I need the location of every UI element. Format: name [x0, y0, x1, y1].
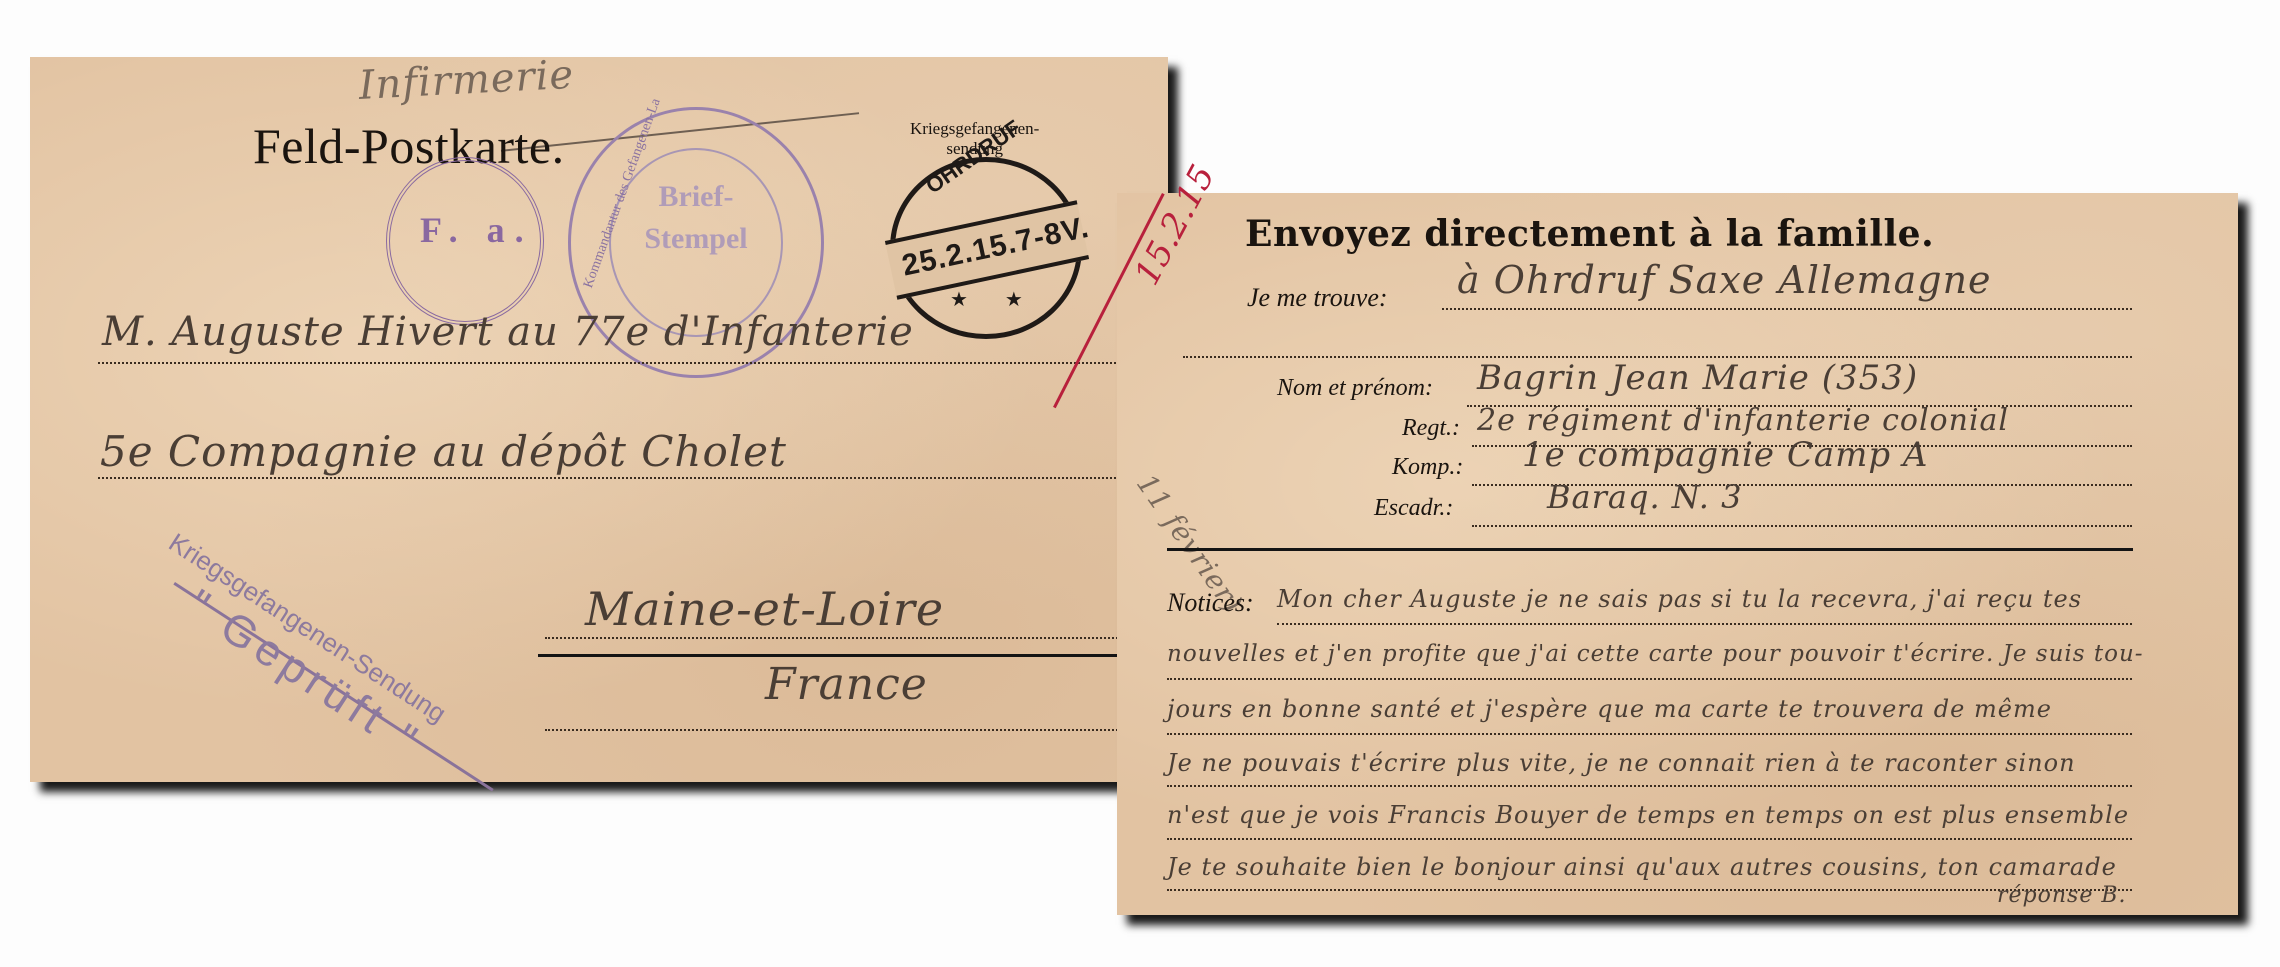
dotted-line-escadr	[1472, 525, 2132, 527]
field-value-escadr: Baraq. N. 3	[1547, 478, 1742, 516]
notice-dotted-line-1	[1277, 623, 2132, 625]
geprueft-diagonal-stamp: Kriegsgefangenen-Sendung " Geprüft "	[136, 527, 452, 771]
field-value-nom: Bagrin Jean Marie (353)	[1477, 358, 1918, 398]
postcard-back: 15.2.15 11 février) Envoyez directement …	[1117, 193, 2238, 915]
stamp-fa-text: F. a.	[420, 209, 534, 251]
field-value-komp: 1e compagnie Camp A	[1522, 435, 1928, 475]
field-label-regt: Regt.:	[1402, 415, 1460, 442]
postcard-title: Feld-Postkarte.	[253, 117, 565, 175]
address-solid-rule	[538, 654, 1130, 657]
address-dotted-line-3	[545, 637, 1130, 639]
field-value-je-me-trouve: à Ohrdruf Saxe Allemagne	[1457, 258, 1992, 302]
notice-dotted-line-2	[1167, 678, 2132, 680]
notice-line-2: nouvelles et j'en profite que j'ai cette…	[1167, 641, 2144, 667]
dotted-line-je-me-trouve	[1442, 308, 2132, 310]
notice-dotted-line-4	[1167, 785, 2132, 787]
field-label-nom: Nom et prénom:	[1277, 375, 1433, 402]
notice-line-4: Je ne pouvais t'écrire plus vite, je ne …	[1167, 749, 2076, 777]
field-label-komp: Komp.:	[1392, 454, 1463, 481]
notice-line-5: n'est que je vois Francis Bouyer de temp…	[1167, 801, 2129, 829]
address-dotted-line-1	[98, 362, 1128, 364]
address-line-3: Maine-et-Loire	[585, 582, 944, 636]
signature: réponse B.	[1997, 883, 2127, 908]
postcard-front: Infirmerie Feld-Postkarte. Kriegsgefange…	[30, 57, 1168, 782]
notice-line-1: Mon cher Auguste je ne sais pas si tu la…	[1277, 585, 2082, 613]
notice-line-3: jours en bonne santé et j'espère que ma …	[1167, 695, 2052, 723]
notice-dotted-line-3	[1167, 733, 2132, 735]
postmark-date: 25.2.15.7-8V.	[899, 211, 1092, 284]
postmark-ohrdruf: OHRDRUF 25.2.15.7-8V. ★ ★	[890, 157, 1082, 339]
notice-line-6: Je te souhaite bien le bonjour ainsi qu'…	[1167, 853, 2117, 881]
address-line-4: France	[765, 659, 928, 710]
postmark-stars-icon: ★ ★	[950, 287, 1039, 312]
address-dotted-line-4	[545, 729, 1130, 731]
notice-dotted-line-5	[1167, 838, 2132, 840]
address-line-2: 5e Compagnie au dépôt Cholet	[100, 427, 787, 476]
back-solid-rule	[1167, 548, 2133, 551]
address-line-1: M. Auguste Hivert au 77e d'Infanterie	[102, 309, 914, 355]
field-value-regt: 2e régiment d'infanterie colonial	[1477, 403, 2009, 438]
field-label-je-me-trouve: Je me trouve:	[1247, 283, 1388, 313]
handwritten-infirmerie: Infirmerie	[358, 52, 576, 109]
field-label-escadr: Escadr.:	[1374, 495, 1453, 522]
postmark-band: 25.2.15.7-8V.	[885, 200, 1089, 299]
back-title: Envoyez directement à la famille.	[1245, 213, 1934, 255]
notices-label: Notices:	[1167, 588, 1254, 618]
notice-dotted-line-6	[1167, 889, 2132, 891]
address-dotted-line-2	[98, 477, 1128, 479]
stamp-fa: F. a.	[386, 157, 544, 325]
